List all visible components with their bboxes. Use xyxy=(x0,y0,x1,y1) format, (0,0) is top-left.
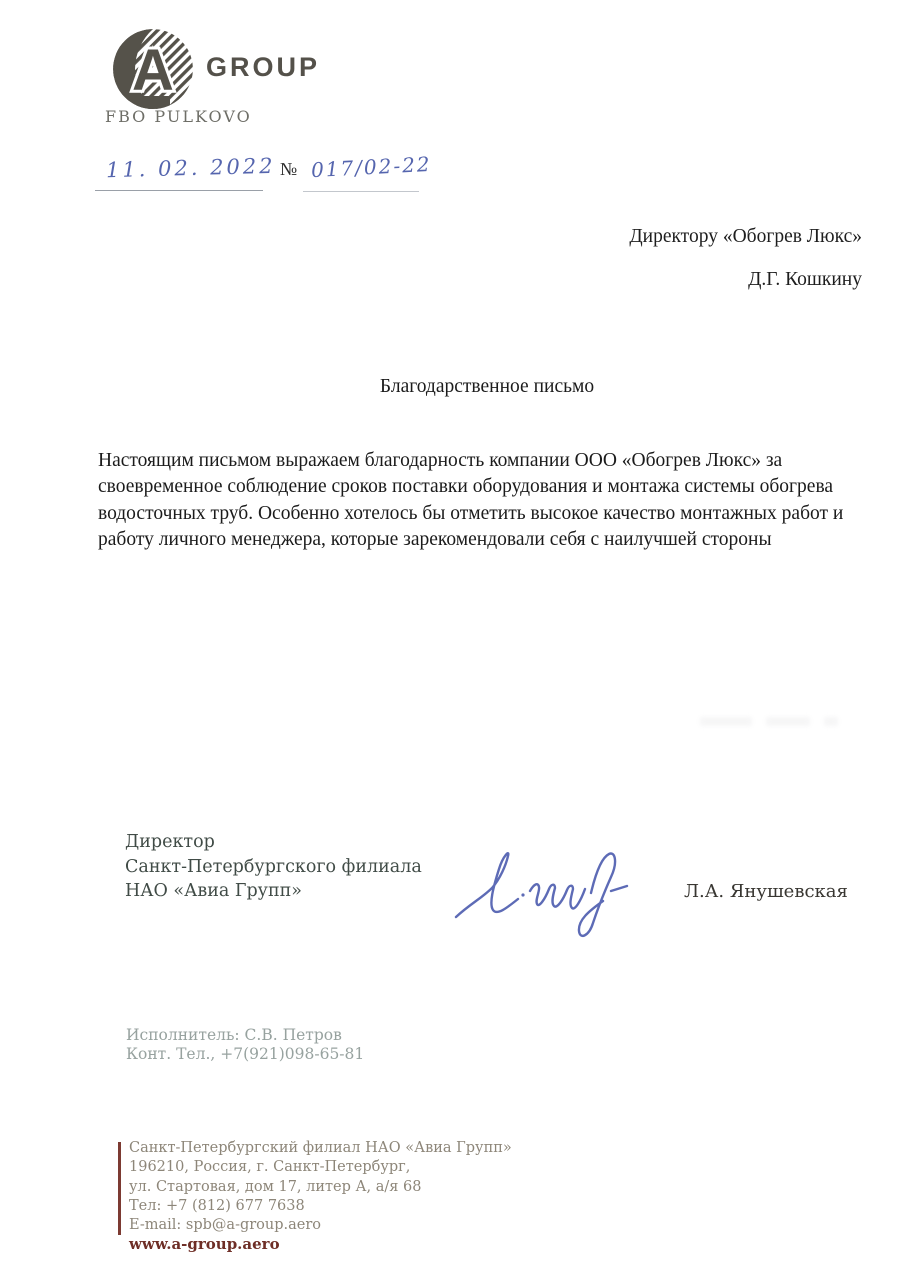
addressee-line-2: Д.Г. Кошкину xyxy=(629,269,862,291)
executor-name: Исполнитель: С.В. Петров xyxy=(126,1026,364,1045)
footer-postal: 196210, Россия, г. Санкт-Петербург, xyxy=(129,1158,512,1177)
footer-street: ул. Стартовая, дом 17, литер А, а/я 68 xyxy=(129,1178,512,1197)
footer-phone: Тел: +7 (812) 677 7638 xyxy=(129,1197,512,1216)
letter-title: Благодарственное письмо xyxy=(70,376,904,398)
body-line: Настоящим письмом выражаем благодарность… xyxy=(98,448,843,474)
addressee-line-1: Директору «Обогрев Люкс» xyxy=(629,226,862,248)
signer-position-line: Директор xyxy=(125,830,422,855)
signer-name: Л.А. Янушевская xyxy=(684,881,848,902)
footer-accent-bar xyxy=(118,1142,121,1235)
letter-body: Настоящим письмом выражаем благодарность… xyxy=(98,448,843,553)
date-underline xyxy=(95,190,263,191)
addressee-block: Директору «Обогрев Люкс» Д.Г. Кошкину xyxy=(629,226,862,312)
handwritten-signature xyxy=(452,843,657,953)
logo-brand-text: GROUP xyxy=(206,52,320,83)
executor-phone: Конт. Тел., +7(921)098-65-81 xyxy=(126,1045,364,1064)
handwritten-number: 017/02-22 xyxy=(310,152,432,182)
signer-position-block: Директор Санкт-Петербургского филиала НА… xyxy=(125,830,422,904)
subbrand-text: FBO PULKOVO xyxy=(105,107,252,126)
body-line: своевременное соблюдение сроков поставки… xyxy=(98,474,843,500)
signer-position-line: Санкт-Петербургского филиала xyxy=(125,855,422,880)
signer-position-line: НАО «Авиа Групп» xyxy=(125,879,422,904)
number-underline xyxy=(303,191,419,192)
body-line: водосточных труб. Особенно хотелось бы о… xyxy=(98,501,843,527)
footer-website: www.a-group.aero xyxy=(129,1235,512,1254)
footer-branch: Санкт-Петербургский филиал НАО «Авиа Гру… xyxy=(129,1139,512,1158)
number-sign: № xyxy=(280,159,297,180)
svg-text:A: A xyxy=(132,38,174,103)
scanned-letter-page: A GROUP FBO PULKOVO 11. 02. 2022 № 017/0… xyxy=(0,0,904,1280)
handwritten-date: 11. 02. 2022 xyxy=(106,154,276,182)
company-logo: A GROUP xyxy=(110,26,370,112)
logo-a-circle-icon: A xyxy=(110,26,196,112)
executor-block: Исполнитель: С.В. Петров Конт. Тел., +7(… xyxy=(126,1026,364,1064)
body-line: работу личного менеджера, которые зареко… xyxy=(98,527,843,553)
scan-bleed-artifact xyxy=(700,712,860,730)
footer-block: Санкт-Петербургский филиал НАО «Авиа Гру… xyxy=(118,1139,512,1255)
footer-email: E-mail: spb@a-group.aero xyxy=(129,1216,512,1235)
